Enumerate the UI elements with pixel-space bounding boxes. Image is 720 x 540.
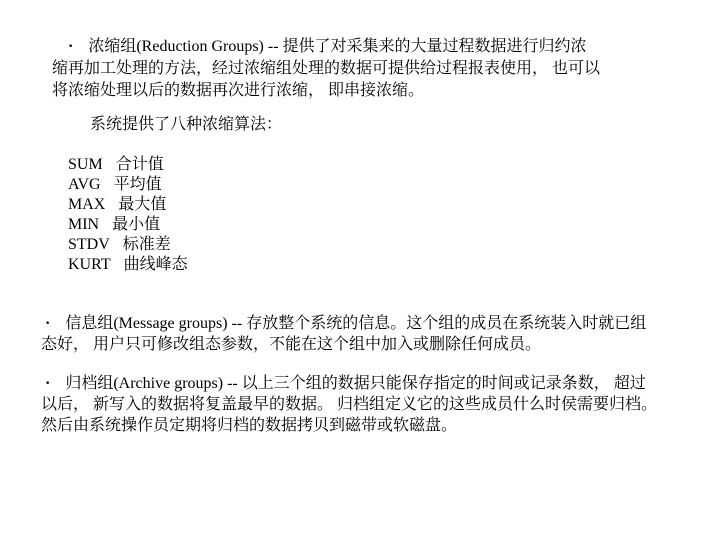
paragraph-text: 归档组(Archive groups) -- 以上三个组的数据只能保存指定的时间… — [65, 375, 645, 392]
paragraph-line: 将浓缩处理以后的数据再次进行浓缩， 即串接浓缩。 — [52, 80, 600, 102]
algorithm-row: KURT曲线峰态 — [68, 255, 188, 275]
paragraph-text: 以后， 新写入的数据将复盖最早的数据。 归档组定义它的这些成员什么时侯需要归档。 — [41, 396, 657, 413]
paragraph-text: 态好， 用户只可修改组态参数，不能在这个组中加入或删除任何成员。 — [41, 336, 541, 353]
algorithm-label: 合计值 — [116, 156, 164, 173]
bullet-marker: · — [45, 373, 50, 394]
algorithm-code: STDV — [68, 235, 110, 255]
algorithm-row: MAX最大值 — [68, 195, 188, 215]
algorithm-list: SUM合计值 AVG平均值 MAX最大值 MIN最小值 STDV标准差 KURT… — [68, 155, 188, 275]
algorithm-code: SUM — [68, 155, 103, 175]
algorithm-row: MIN最小值 — [68, 215, 188, 235]
algorithm-label: 平均值 — [114, 176, 162, 193]
paragraph-line: 以后， 新写入的数据将复盖最早的数据。 归档组定义它的这些成员什么时侯需要归档。 — [41, 394, 657, 415]
paragraph-line: 然后由系统操作员定期将归档的数据拷贝到磁带或软磁盘。 — [41, 415, 657, 436]
paragraph-text: 缩再加工处理的方法，经过浓缩组处理的数据可提供给过程报表使用， 也可以 — [52, 60, 600, 77]
algorithm-label: 最大值 — [118, 196, 166, 213]
paragraph-message-groups: ·信息组(Message groups) -- 存放整个系统的信息。这个组的成员… — [41, 313, 646, 355]
algorithm-code: MIN — [68, 215, 99, 235]
paragraph-text: 将浓缩处理以后的数据再次进行浓缩， 即串接浓缩。 — [52, 82, 424, 99]
paragraph-line: 态好， 用户只可修改组态参数，不能在这个组中加入或删除任何成员。 — [41, 334, 646, 355]
paragraph-reduction-groups: ·浓缩组(Reduction Groups) -- 提供了对采集来的大量过程数据… — [52, 36, 600, 102]
slide-canvas: ·浓缩组(Reduction Groups) -- 提供了对采集来的大量过程数据… — [0, 0, 720, 540]
bullet-marker: · — [45, 313, 50, 334]
paragraph-line: ·信息组(Message groups) -- 存放整个系统的信息。这个组的成员… — [41, 313, 646, 334]
paragraph-line: ·归档组(Archive groups) -- 以上三个组的数据只能保存指定的时… — [41, 373, 657, 394]
algorithm-label: 最小值 — [112, 216, 160, 233]
algorithm-label: 标准差 — [123, 236, 171, 253]
paragraph-archive-groups: ·归档组(Archive groups) -- 以上三个组的数据只能保存指定的时… — [41, 373, 657, 436]
algorithm-code: MAX — [68, 195, 105, 215]
algorithm-label: 曲线峰态 — [124, 256, 188, 273]
paragraph-line: ·浓缩组(Reduction Groups) -- 提供了对采集来的大量过程数据… — [52, 36, 600, 58]
paragraph-text: 浓缩组(Reduction Groups) -- 提供了对采集来的大量过程数据进… — [88, 38, 586, 55]
paragraph-text: 然后由系统操作员定期将归档的数据拷贝到磁带或软磁盘。 — [41, 417, 457, 434]
algorithm-row: AVG平均值 — [68, 175, 188, 195]
bullet-marker: · — [68, 36, 73, 58]
algorithms-heading: 系统提供了八种浓缩算法： — [90, 114, 282, 136]
paragraph-text: 信息组(Message groups) -- 存放整个系统的信息。这个组的成员在… — [65, 315, 646, 332]
algorithm-code: AVG — [68, 175, 101, 195]
algorithm-row: STDV标准差 — [68, 235, 188, 255]
paragraph-line: 缩再加工处理的方法，经过浓缩组处理的数据可提供给过程报表使用， 也可以 — [52, 58, 600, 80]
algorithm-row: SUM合计值 — [68, 155, 188, 175]
algorithm-code: KURT — [68, 255, 111, 275]
